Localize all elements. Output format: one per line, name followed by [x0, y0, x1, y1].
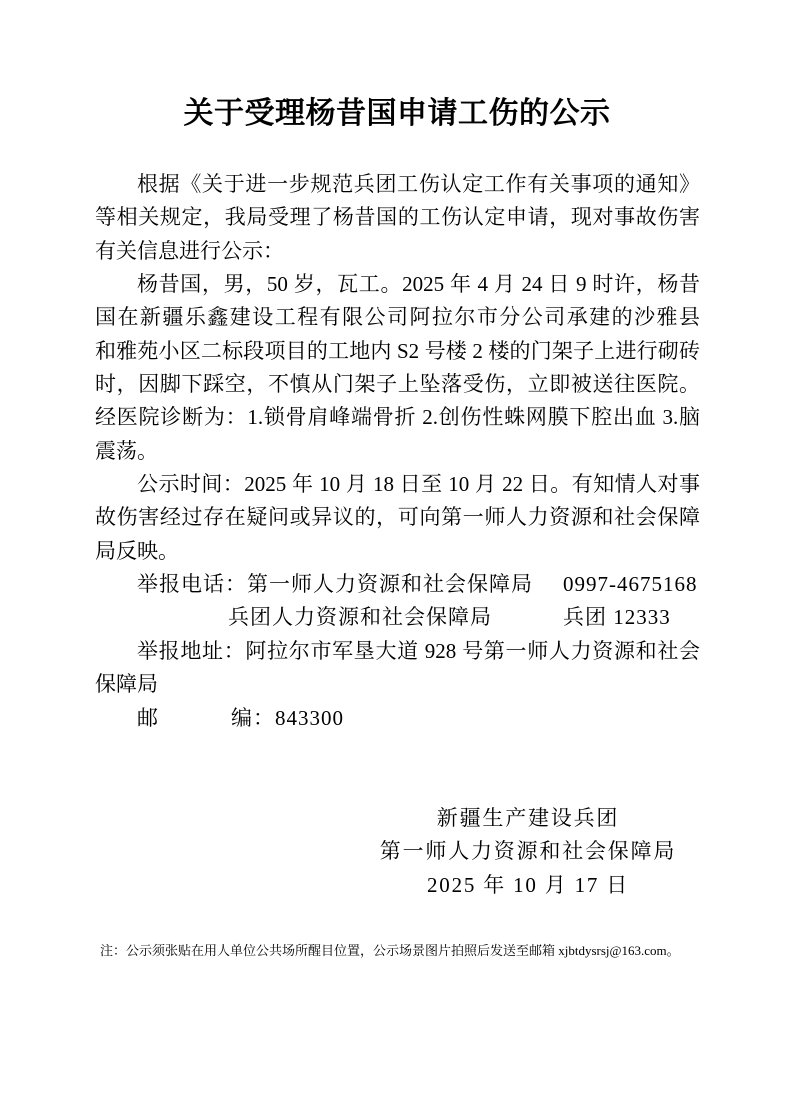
paragraph-basis-line: 有关信息进行公示： [95, 235, 700, 268]
paragraph-incident-line: 和雅苑小区二标段项目的工地内 S2 号楼 2 楼的门架子上进行砌砖 [95, 335, 700, 368]
postal-code-line: 邮编：843300 [95, 702, 700, 735]
report-address-line: 举报地址：阿拉尔市军垦大道 928 号第一师人力资源和社会 [95, 635, 700, 668]
postal-value: 编：843300 [231, 706, 344, 730]
report-phone-line-1: 举报电话：第一师人力资源和社会保障局 0997-4675168 [95, 568, 700, 601]
paragraph-incident-line: 震荡。 [95, 435, 700, 468]
paragraph-incident-line: 时，因脚下踩空，不慎从门架子上坠落受伤，立即被送往医院。 [95, 368, 700, 401]
notice-document-page: 关于受理杨昔国申请工伤的公示 根据《关于进一步规范兵团工伤认定工作有关事项的通知… [0, 0, 794, 1108]
signature-org-2: 第一师人力资源和社会保障局 [378, 835, 678, 868]
postal-label: 邮 [137, 706, 159, 730]
report-phone-number-1: 0997-4675168 [563, 568, 698, 601]
report-phone-label-2: 兵团人力资源和社会保障局 [228, 605, 492, 629]
signature-block: 新疆生产建设兵团 第一师人力资源和社会保障局 2025 年 10 月 17 日 [378, 802, 678, 902]
signature-org-1: 新疆生产建设兵团 [378, 802, 678, 835]
footnote: 注：公示须张贴在用人单位公共场所醒目位置，公示场景图片拍照后发送至邮箱 xjbt… [100, 941, 760, 961]
report-phone-label-1: 举报电话：第一师人力资源和社会保障局 [137, 572, 533, 596]
paragraph-incident-line: 经医院诊断为：1.锁骨肩峰端骨折 2.创伤性蛛网膜下腔出血 3.脑 [95, 401, 700, 434]
paragraph-publicity-line: 局反映。 [95, 535, 700, 568]
paragraph-incident-line: 杨昔国，男，50 岁，瓦工。2025 年 4 月 24 日 9 时许，杨昔 [95, 268, 700, 301]
report-address-line: 保障局 [95, 668, 700, 701]
signature-date: 2025 年 10 月 17 日 [378, 869, 678, 902]
paragraph-basis-line: 等相关规定，我局受理了杨昔国的工伤认定申请，现对事故伤害 [95, 201, 700, 234]
paragraph-publicity-line: 故伤害经过存在疑问或异议的，可向第一师人力资源和社会保障 [95, 501, 700, 534]
notice-title: 关于受理杨昔国申请工伤的公示 [0, 94, 794, 134]
report-phone-line-2: 兵团人力资源和社会保障局 兵团 12333 [95, 601, 700, 634]
report-phone-number-2: 兵团 12333 [563, 601, 671, 634]
notice-body: 根据《关于进一步规范兵团工伤认定工作有关事项的通知》 等相关规定，我局受理了杨昔… [95, 168, 700, 735]
paragraph-publicity-line: 公示时间：2025 年 10 月 18 日至 10 月 22 日。有知情人对事 [95, 468, 700, 501]
paragraph-basis-line: 根据《关于进一步规范兵团工伤认定工作有关事项的通知》 [95, 168, 700, 201]
paragraph-incident-line: 国在新疆乐鑫建设工程有限公司阿拉尔市分公司承建的沙雅县 [95, 301, 700, 334]
